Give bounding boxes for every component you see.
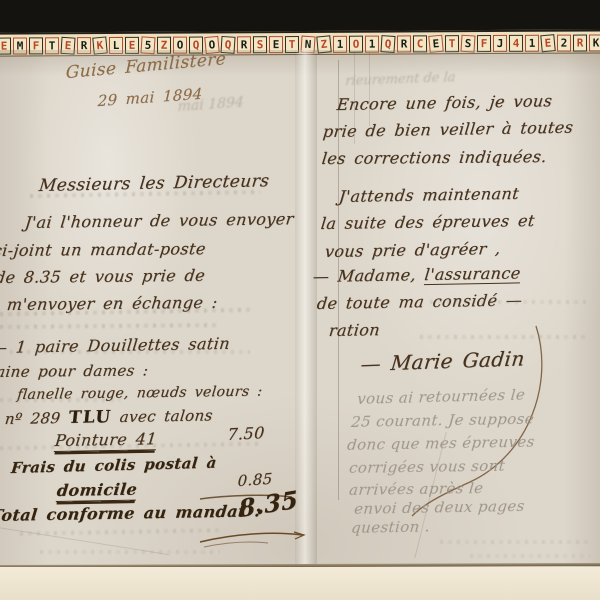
tape-letter-glyph: 4 [509, 35, 523, 52]
pencil-line: arrivées après le [348, 479, 484, 499]
pencil-showthrough-top: rieurement de la [345, 70, 456, 89]
tape-letter-glyph: E [0, 38, 11, 55]
letter-line: m'envoyer en échange : [6, 293, 219, 314]
tape-letter-glyph: R [573, 35, 587, 52]
tape-letter-glyph: E [60, 37, 75, 55]
dateline-showthrough: mai 1894 [177, 94, 244, 115]
tape-letter-glyph: R [397, 35, 411, 52]
tape-letter-glyph: N [300, 36, 315, 54]
total-amount: 8.35 [238, 485, 299, 524]
letter-line: de 8.35 et vous prie de [0, 266, 206, 287]
tape-letter-glyph: 5 [140, 36, 155, 54]
order-item-line: laine pour dames : [0, 361, 149, 381]
tape-letter-glyph: S [253, 36, 267, 53]
letter-line: vous prie d'agréer , [324, 239, 502, 261]
total-line: Total conforme au mandat : [0, 501, 262, 525]
tape-letter-glyph: Z [157, 37, 171, 54]
salutation: Messieurs les Directeurs [38, 171, 270, 196]
letter-line: Encore une fois, je vous [336, 91, 553, 114]
amount-item-2: 0.85 [237, 470, 273, 491]
tape-letter-glyph: F [477, 35, 491, 52]
letter-line: la suite des épreuves et [320, 211, 536, 233]
signature: — Marie Gadin [359, 346, 526, 376]
domicile-underlined: domicile [56, 480, 138, 502]
showthrough-smudge [0, 323, 220, 329]
pencil-line: question . [350, 518, 430, 537]
pencil-line: donc que mes épreuves [346, 433, 535, 454]
tape-letter-glyph: 1 [333, 36, 347, 53]
crease-line [369, 52, 370, 126]
letter-line: ration [328, 320, 381, 340]
article-no-suffix: avec talons [111, 406, 214, 426]
pencil-line: vous ai retournées le [357, 386, 526, 408]
madame-prefix: — Madame, [312, 265, 426, 286]
tape-letter-glyph: T [285, 36, 299, 53]
article-no-prefix: nº 289 [4, 409, 70, 428]
showthrough-smudge [470, 554, 590, 558]
showthrough-smudge [40, 550, 220, 554]
tape-letter-glyph: R [77, 37, 91, 54]
tape-letter-glyph: Z [316, 35, 332, 53]
tape-letter-glyph: K [92, 36, 108, 54]
amount-item-1: 7.50 [227, 423, 265, 444]
tape-letter-glyph: E [540, 34, 556, 52]
tape-letter-glyph: C [413, 35, 427, 52]
tape-letter-glyph: E [125, 37, 139, 54]
tape-letter-glyph: O [349, 36, 363, 53]
tape-letter-glyph: 1 [525, 35, 539, 52]
order-item-line: flanelle rouge, nœuds velours : [16, 384, 263, 403]
tape-letter-glyph: S [460, 35, 475, 53]
tape-letter-glyph: Q [380, 35, 395, 53]
underlying-page [0, 567, 600, 600]
total-flourish-stroke [198, 528, 308, 548]
shoe-size-line: Pointure 41 [54, 429, 158, 450]
crease-line [0, 526, 169, 555]
center-fold [295, 50, 317, 567]
letter-line: ci-joint un mandat-poste [0, 239, 207, 260]
tape-letter-glyph: E [428, 35, 444, 53]
tape-letter-glyph: T [445, 35, 459, 52]
tape-letter-glyph: O [173, 37, 187, 54]
order-item-line: — 1 paire Douillettes satin [0, 334, 231, 357]
letter-scan: EMFTERKLE5ZOQOQRSETNZ1O1QRCETSFJ41E2RK7C… [0, 0, 600, 600]
showthrough-smudge [420, 335, 590, 339]
tape-letter-glyph: L [109, 37, 123, 54]
pencil-line: envoi des deux pages [353, 497, 525, 518]
showthrough-smudge [440, 540, 590, 544]
letter-line: J'attends maintenant [338, 184, 520, 206]
tape-letter-glyph: E [269, 36, 283, 53]
tape-letter-glyph: M [13, 37, 27, 54]
shipping-line-2: domicile [56, 480, 138, 500]
tape-letter-glyph: J [493, 35, 507, 52]
shoe-size-underlined: Pointure 41 [54, 429, 158, 452]
assurance-underlined: l'assurance [423, 263, 521, 285]
tape-letter-glyph: K [589, 34, 600, 51]
letter-line: de toute ma considé — [316, 290, 523, 313]
madame-line: — Madame, l'assurance [312, 263, 522, 286]
letter-line: les corrections indiquées. [321, 147, 548, 168]
article-number-line: nº 289 TLU avec talons [4, 405, 214, 429]
printed-letter-tape-border: EMFTERKLE5ZOQOQRSETNZ1O1QRCETSFJ41E2RK7C [0, 29, 600, 56]
letter-line: J'ai l'honneur de vous envoyer [24, 209, 295, 232]
tape-letter-glyph: 2 [557, 35, 571, 52]
pencil-line: corrigées vous sont [348, 457, 506, 477]
tape-letter-glyph: F [29, 37, 43, 54]
article-code: TLU [68, 407, 113, 428]
shipping-line: Frais du colis postal à [10, 454, 217, 477]
tape-letter-glyph: T [45, 37, 59, 54]
tape-letter-glyph: 1 [365, 36, 379, 53]
showthrough-smudge [20, 528, 220, 535]
tape-letter-glyph: R [237, 36, 251, 53]
pencil-line: 25 courant. Je suppose [350, 410, 534, 431]
letter-line: prie de bien veiller à toutes [322, 118, 574, 141]
